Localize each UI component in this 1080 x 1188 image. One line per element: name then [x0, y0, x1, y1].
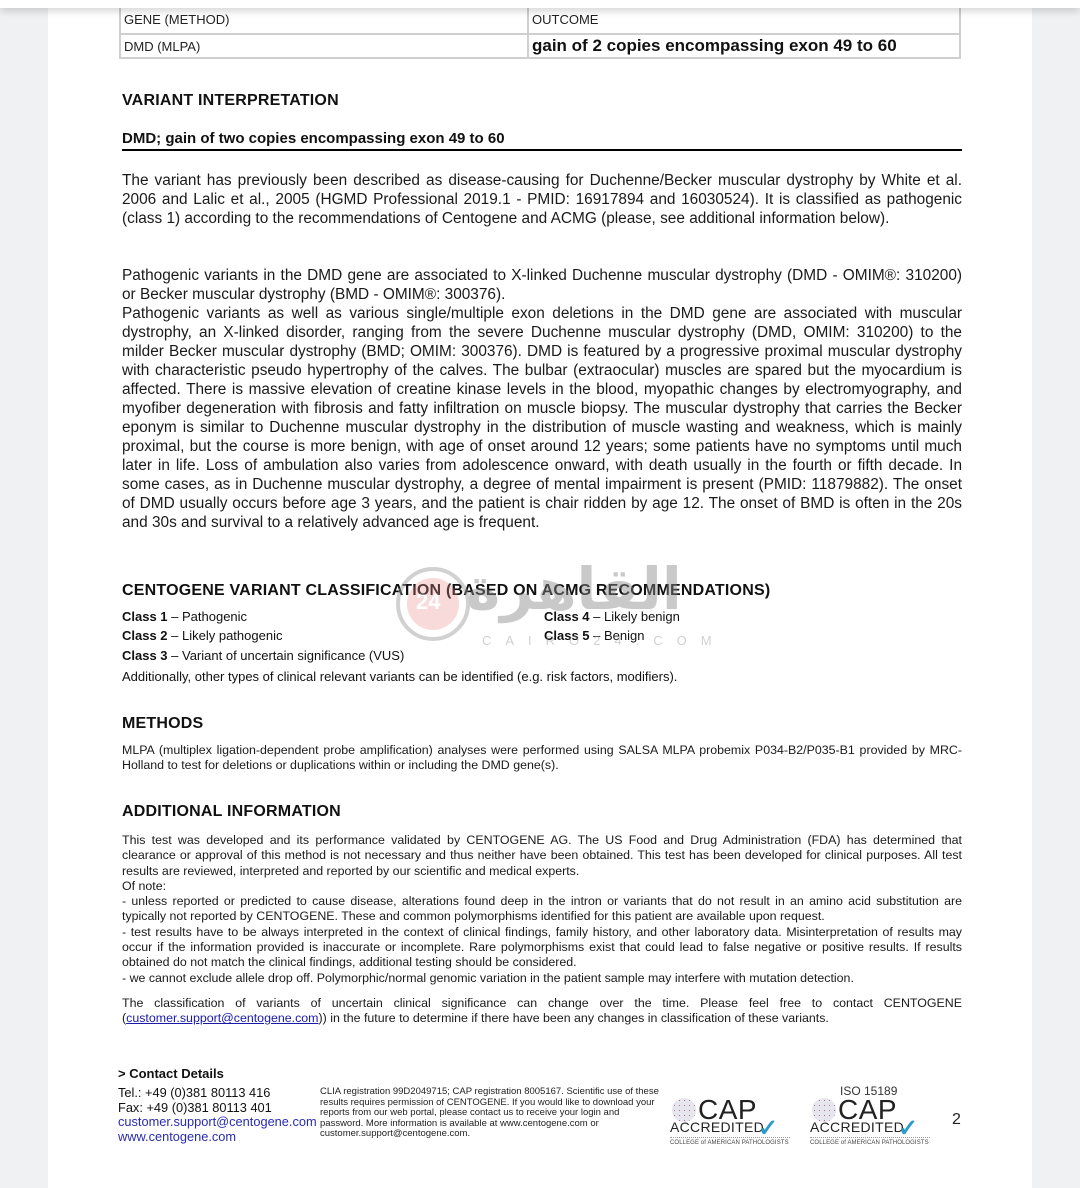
tel: Tel.: +49 (0)381 80113 416: [118, 1086, 317, 1101]
document-page: GENE (METHOD) OUTCOME DMD (MLPA) gain of…: [48, 0, 1032, 1188]
closing-paragraph: The classification of variants of uncert…: [122, 996, 962, 1027]
class-1-item: Class 1 – Pathogenic: [122, 609, 247, 624]
additional-info-heading: ADDITIONAL INFORMATION: [122, 803, 341, 821]
header-gene-method: GENE (METHOD): [120, 5, 528, 34]
note-item: - test results have to be always interpr…: [122, 925, 962, 971]
note-item: - we cannot exclude allele drop off. Pol…: [122, 971, 962, 986]
legal-notice: CLIA registration 99D2049715; CAP regist…: [320, 1087, 665, 1140]
of-note-label: Of note:: [122, 879, 962, 894]
interpretation-paragraph-2: Pathogenic variants in the DMD gene are …: [122, 266, 962, 304]
class-3-item: Class 3 – Variant of uncertain significa…: [122, 648, 404, 663]
class-5-item: Class 5 – Benign: [544, 628, 644, 643]
support-email-link[interactable]: customer.support@centogene.com: [126, 1011, 318, 1025]
methods-heading: METHODS: [122, 715, 203, 733]
cap-accredited-badge: CAP ACCREDITED ✓ COLLEGE of AMERICAN PAT…: [670, 1084, 794, 1150]
interpretation-paragraph-1: The variant has previously been describe…: [122, 171, 962, 228]
website-link[interactable]: www.centogene.com: [118, 1130, 317, 1145]
iso-cap-accredited-badge: ISO 15189 CAP ACCREDITED ✓ COLLEGE of AM…: [810, 1084, 934, 1150]
classification-note: Additionally, other types of clinical re…: [122, 669, 677, 684]
page-number: 2: [952, 1111, 961, 1129]
stopwatch-icon: [396, 567, 470, 641]
class-4-item: Class 4 – Likely benign: [544, 609, 680, 624]
viewer-top-edge: [0, 0, 1080, 8]
contact-details: Tel.: +49 (0)381 80113 416 Fax: +49 (0)3…: [118, 1086, 317, 1144]
additional-info-intro: This test was developed and its performa…: [122, 833, 962, 879]
contact-details-heading: > Contact Details: [118, 1066, 224, 1081]
contact-email-link[interactable]: customer.support@centogene.com: [118, 1115, 317, 1130]
header-outcome: OUTCOME: [528, 5, 960, 34]
cell-gene-method: DMD (MLPA): [120, 34, 528, 58]
note-item: - unless reported or predicted to cause …: [122, 894, 962, 925]
fax: Fax: +49 (0)381 80113 401: [118, 1101, 317, 1116]
additional-info-body: This test was developed and its performa…: [122, 833, 962, 1027]
interpretation-paragraph-3: Pathogenic variants as well as various s…: [122, 304, 962, 532]
class-2-item: Class 2 – Likely pathogenic: [122, 628, 282, 643]
classification-heading: CENTOGENE VARIANT CLASSIFICATION (BASED …: [122, 582, 770, 600]
cell-outcome: gain of 2 copies encompassing exon 49 to…: [528, 34, 960, 58]
result-table: GENE (METHOD) OUTCOME DMD (MLPA) gain of…: [119, 4, 961, 59]
table-row: DMD (MLPA) gain of 2 copies encompassing…: [120, 34, 960, 58]
table-header-row: GENE (METHOD) OUTCOME: [120, 5, 960, 34]
variant-interpretation-heading: VARIANT INTERPRETATION: [122, 92, 339, 110]
methods-text: MLPA (multiplex ligation-dependent probe…: [122, 743, 962, 774]
variant-subheading: DMD; gain of two copies encompassing exo…: [122, 130, 962, 151]
